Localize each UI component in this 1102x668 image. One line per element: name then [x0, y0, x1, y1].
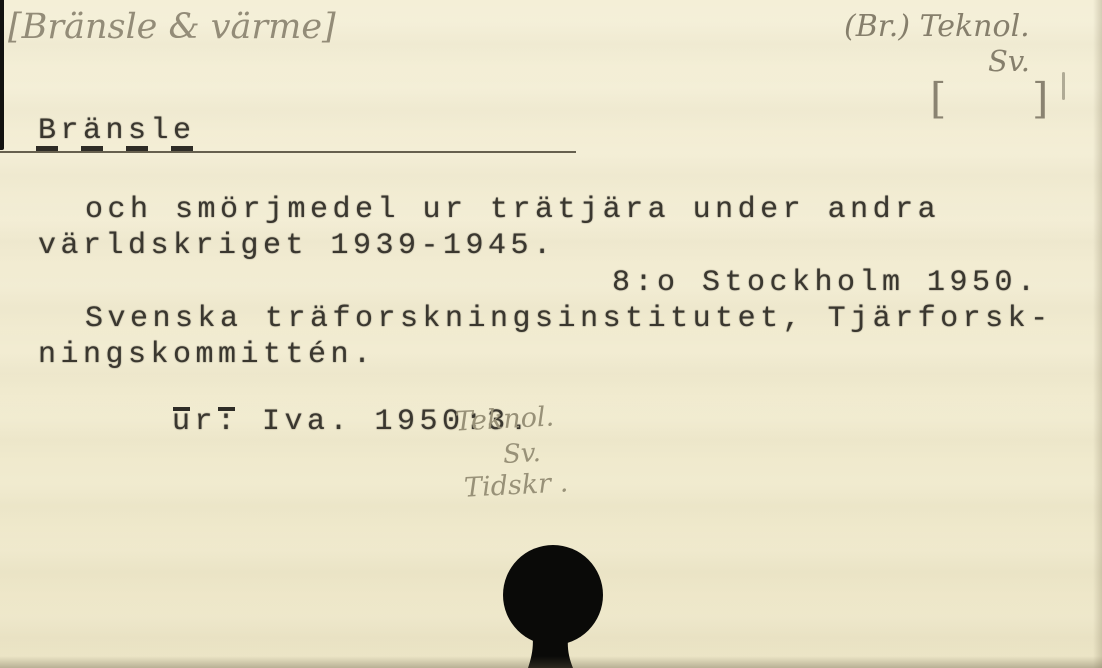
heading-rule-line — [0, 151, 576, 153]
pencil-classification-annotation: (Br.) Teknol. — [844, 12, 1030, 42]
iva-dash-1 — [173, 407, 190, 411]
catalog-card: [Bränsle & värme] (Br.) Teknol. Sv. [ ] … — [0, 0, 1102, 668]
body-line-1: och smörjmedel ur trätjära under andra — [85, 195, 940, 225]
body-line-2: världskriget 1939-1945. — [38, 231, 556, 261]
scan-edge-bottom — [0, 656, 1102, 668]
iva-dash-2 — [218, 407, 235, 411]
pencil-mark — [1062, 72, 1065, 100]
source-title: Iva — [262, 405, 330, 439]
card-heading: Bränsle — [38, 116, 196, 146]
pencil-bracket-right: ] — [1032, 78, 1048, 120]
pencil-source-line-2: Sv. — [502, 440, 541, 468]
scan-edge-left — [0, 0, 4, 150]
scan-edge-right — [1093, 0, 1102, 668]
pencil-source-line-1: Teknol. — [454, 403, 554, 435]
pencil-subject-annotation: [Bränsle & värme] — [8, 10, 336, 45]
body-line-4: Svenska träforskningsinstitutet, Tjärfor… — [85, 304, 1053, 334]
keyhole-punch-hole — [498, 541, 610, 668]
pencil-classification-sub: Sv. — [988, 47, 1030, 76]
pencil-bracket-left: [ — [930, 78, 946, 120]
imprint-line: 8:o Stockholm 1950. — [612, 268, 1040, 298]
body-line-5: ningskommittén. — [38, 340, 376, 370]
pencil-source-line-3: Tidskr . — [463, 469, 568, 501]
